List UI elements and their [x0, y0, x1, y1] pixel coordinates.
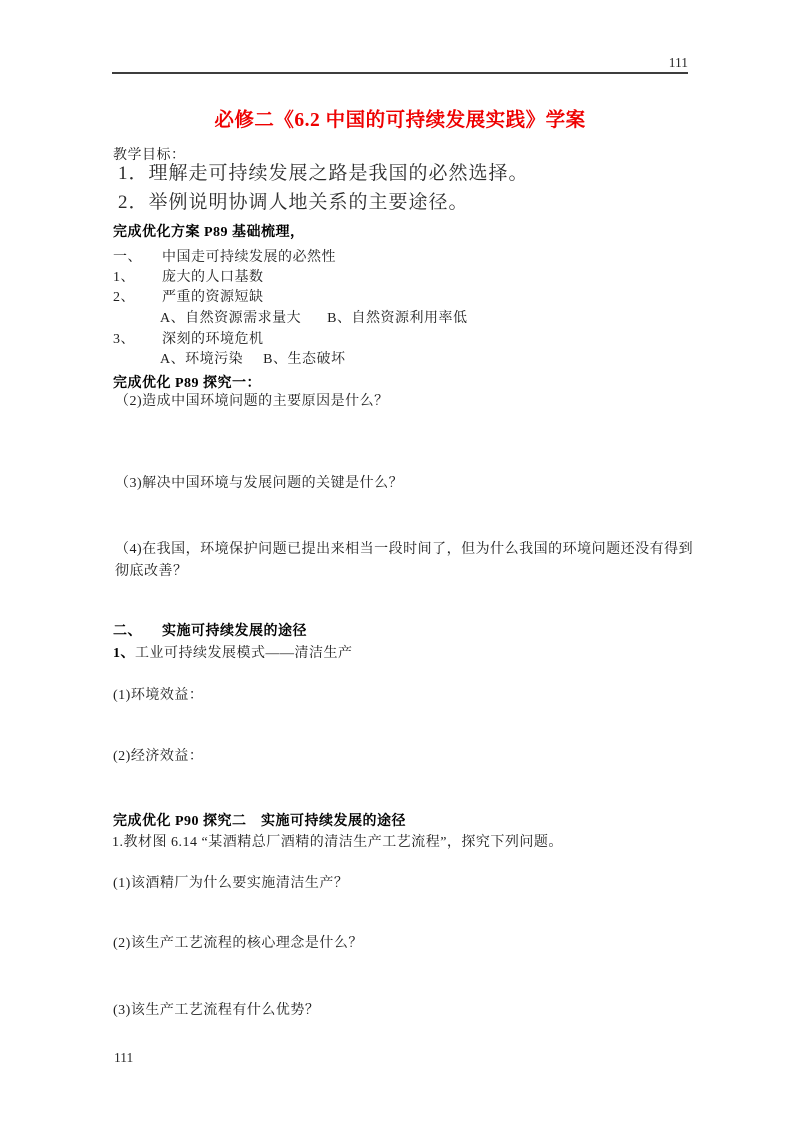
page-title: 必修二《6.2 中国的可持续发展实践》学案 — [112, 104, 688, 132]
pathways-item-1: 1、工业可持续发展模式——清洁生产 — [113, 644, 353, 663]
outline-section-1: 一、中国走可持续发展的必然性 — [113, 248, 336, 267]
option-a-pollution: A、环境污染 — [160, 352, 243, 367]
outline-section-1-title: 中国走可持续发展的必然性 — [162, 250, 336, 265]
outline-item-3-marker: 3、 — [113, 330, 162, 349]
benefit-environment-label: (1)环境效益： — [113, 686, 203, 705]
outline-section-2: 二、实施可持续发展的途径 — [113, 622, 307, 641]
outline-item-3: 3、深刻的环境危机 — [113, 330, 264, 349]
option-a-resource-demand: A、自然资源需求量大 — [160, 311, 301, 326]
footer-page-number: 111 — [114, 1050, 133, 1066]
pathways-item-1-text: 工业可持续发展模式——清洁生产 — [135, 646, 353, 661]
inquiry2-heading: 完成优化 P90 探究二 实施可持续发展的途径 — [113, 812, 406, 831]
objective-2: 2．举例说明协调人地关系的主要途径。 — [118, 191, 469, 215]
outline-item-3-text: 深刻的环境危机 — [162, 332, 264, 347]
outline-item-2-text: 严重的资源短缺 — [162, 290, 264, 305]
inquiry1-question-4: （4)在我国，环境保护问题已提出来相当一段时间了，但为什么我国的环境问题还没有得… — [115, 539, 700, 583]
objective-1: 1．理解走可持续发展之路是我国的必然选择。 — [118, 162, 529, 186]
inquiry2-intro: 1.教材图 6.14 “某酒精总厂酒精的清洁生产工艺流程”，探究下列问题。 — [112, 833, 563, 852]
outline-section-1-marker: 一、 — [113, 248, 162, 267]
document-page: 111 必修二《6.2 中国的可持续发展实践》学案 教学目标： 1．理解走可持续… — [0, 0, 800, 1132]
inquiry2-question-2: (2)该生产工艺流程的核心理念是什么？ — [113, 934, 363, 953]
outline-item-2-options: A、自然资源需求量大B、自然资源利用率低 — [160, 309, 467, 328]
option-b-ecology: B、生态破坏 — [263, 352, 345, 367]
outline-section-2-marker: 二、 — [113, 622, 162, 641]
inquiry1-question-2: （2)造成中国环境问题的主要原因是什么？ — [115, 392, 389, 411]
outline-item-1: 1、庞大的人口基数 — [113, 268, 264, 287]
inquiry2-question-1: (1)该酒精厂为什么要实施清洁生产？ — [113, 874, 348, 893]
option-b-resource-usage: B、自然资源利用率低 — [327, 311, 467, 326]
outline-item-2-marker: 2、 — [113, 288, 162, 307]
benefit-economic-label: (2)经济效益： — [113, 747, 203, 766]
pathways-item-1-marker: 1、 — [113, 646, 135, 661]
inquiry1-heading: 完成优化 P89 探究一： — [113, 374, 261, 393]
inquiry1-question-3: （3)解决中国环境与发展问题的关键是什么？ — [115, 474, 403, 493]
header-page-number: 111 — [112, 55, 688, 71]
header-rule — [112, 72, 688, 74]
outline-item-1-marker: 1、 — [113, 268, 162, 287]
outline-item-2: 2、严重的资源短缺 — [113, 288, 264, 307]
outline-item-1-text: 庞大的人口基数 — [162, 270, 264, 285]
outline-section-2-title: 实施可持续发展的途径 — [162, 624, 307, 639]
outline-item-3-options: A、环境污染B、生态破坏 — [160, 350, 345, 369]
basics-heading: 完成优化方案 P89 基础梳理， — [113, 223, 305, 242]
inquiry2-question-3: (3)该生产工艺流程有什么优势？ — [113, 1001, 319, 1020]
